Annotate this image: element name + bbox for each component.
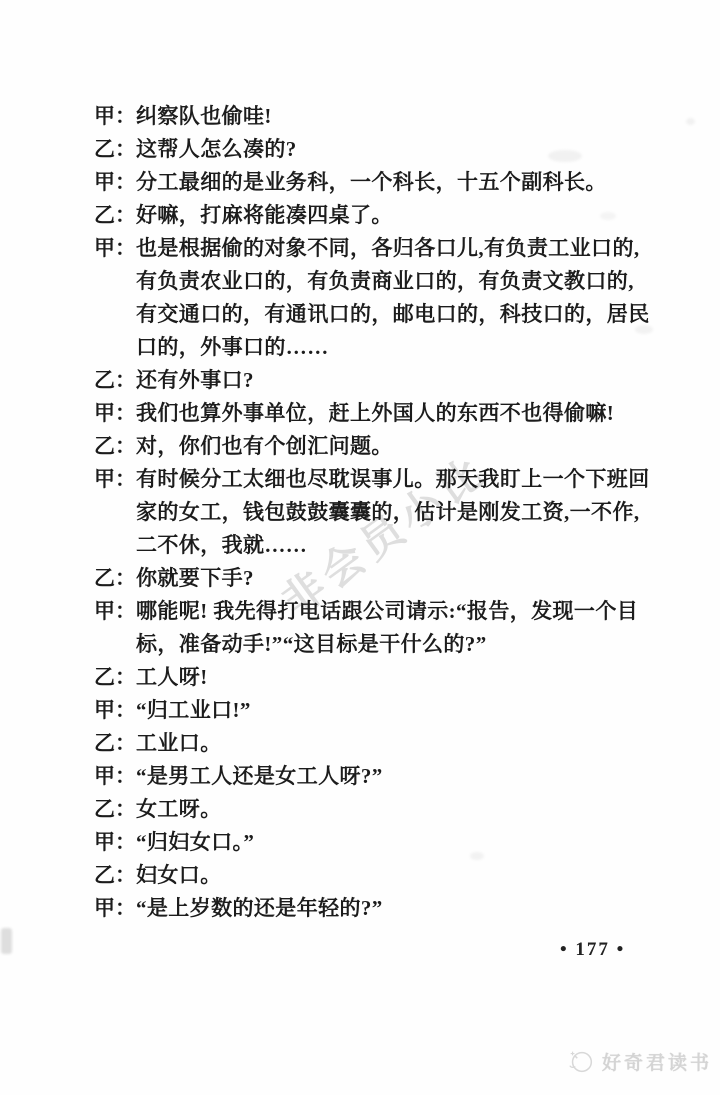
dialogue-line: 有时候分工太细也尽耽误事儿。那天我盯上一个下班回 — [136, 463, 660, 496]
speaker-label: 甲： — [94, 232, 136, 265]
dialogue-text: 工人呀! — [136, 661, 660, 694]
dialogue-turn: 乙： 还有外事口? — [94, 364, 660, 397]
dialogue-text: 纠察队也偷哇! — [136, 100, 660, 133]
footer-watermark: 好奇君读书 — [566, 1046, 712, 1076]
dialogue-turn: 甲： 我们也算外事单位，赶上外国人的东西不也得偷嘛! — [94, 397, 660, 430]
dialogue-turn: 甲： 哪能呢! 我先得打电话跟公司请示:“报告，发现一个目标，准备动手!”“这目… — [94, 595, 660, 661]
scan-noise — [686, 118, 695, 125]
dialogue-line: 你就要下手? — [136, 562, 660, 595]
dialogue-turn: 甲： “是上岁数的还是年轻的?” — [94, 892, 660, 925]
dialogue-turn: 甲： “归妇女口。” — [94, 826, 660, 859]
dialogue-line: “归妇女口。” — [136, 826, 660, 859]
speaker-label: 乙： — [94, 562, 136, 595]
speaker-label: 甲： — [94, 100, 136, 133]
speaker-label: 甲： — [94, 397, 136, 430]
dialogue-text: “是上岁数的还是年轻的?” — [136, 892, 660, 925]
dialogue-text: 我们也算外事单位，赶上外国人的东西不也得偷嘛! — [136, 397, 660, 430]
speaker-label: 乙： — [94, 199, 136, 232]
speaker-label: 甲： — [94, 826, 136, 859]
dialogue-line: 标，准备动手!”“这目标是干什么的?” — [136, 628, 660, 661]
dialogue-line: 还有外事口? — [136, 364, 660, 397]
scan-noise — [1, 928, 12, 954]
dialogue-line: 这帮人怎么凑的? — [136, 133, 660, 166]
dialogue-text: 你就要下手? — [136, 562, 660, 595]
speaker-label: 乙： — [94, 661, 136, 694]
dialogue-line: 好嘛，打麻将能凑四桌了。 — [136, 199, 660, 232]
dialogue-text: “归工业口!” — [136, 694, 660, 727]
dialogue-line: 口的，外事口的…… — [136, 331, 660, 364]
dialogue-text: 对，你们也有个创汇问题。 — [136, 430, 660, 463]
dialogue-text: 工业口。 — [136, 727, 660, 760]
dialogue-text: 好嘛，打麻将能凑四桌了。 — [136, 199, 660, 232]
dialogue-text: 妇女口。 — [136, 859, 660, 892]
speaker-label: 乙： — [94, 793, 136, 826]
dialogue-turn: 乙： 妇女口。 — [94, 859, 660, 892]
dialogue-line: 我们也算外事单位，赶上外国人的东西不也得偷嘛! — [136, 397, 660, 430]
dialogue-turn: 甲： 纠察队也偷哇! — [94, 100, 660, 133]
dialogue-line: 女工呀。 — [136, 793, 660, 826]
dialogue-text: 还有外事口? — [136, 364, 660, 397]
speaker-label: 甲： — [94, 463, 136, 496]
speaker-label: 甲： — [94, 892, 136, 925]
dialogue-turn: 乙： 对，你们也有个创汇问题。 — [94, 430, 660, 463]
speaker-label: 甲： — [94, 760, 136, 793]
dialogue-line: 对，你们也有个创汇问题。 — [136, 430, 660, 463]
cat-logo-icon — [566, 1046, 596, 1076]
speaker-label: 乙： — [94, 430, 136, 463]
dialogue-line: 哪能呢! 我先得打电话跟公司请示:“报告，发现一个目 — [136, 595, 660, 628]
dialogue-line: 妇女口。 — [136, 859, 660, 892]
speaker-label: 乙： — [94, 727, 136, 760]
dialogue-turn: 乙： 工人呀! — [94, 661, 660, 694]
dialogue-text: “归妇女口。” — [136, 826, 660, 859]
dialogue-text: 这帮人怎么凑的? — [136, 133, 660, 166]
dialogue-line: 二不休，我就…… — [136, 529, 660, 562]
dialogue-text: 女工呀。 — [136, 793, 660, 826]
dialogue-turn: 甲： 也是根据偷的对象不同，各归各口儿,有负责工业口的,有负责农业口的，有负责商… — [94, 232, 660, 364]
speaker-label: 甲： — [94, 694, 136, 727]
dialogue-text: 分工最细的是业务科，一个科长，十五个副科长。 — [136, 166, 660, 199]
dialogue-line: 也是根据偷的对象不同，各归各口儿,有负责工业口的, — [136, 232, 660, 265]
speaker-label: 甲： — [94, 595, 136, 628]
dialogue-line: 有负责农业口的，有负责商业口的，有负责文教口的, — [136, 265, 660, 298]
dialogue-line: “归工业口!” — [136, 694, 660, 727]
speaker-label: 乙： — [94, 133, 136, 166]
dialogue-turn: 乙： 好嘛，打麻将能凑四桌了。 — [94, 199, 660, 232]
dialogue-turn: 甲： “归工业口!” — [94, 694, 660, 727]
dialogue-turn: 乙： 这帮人怎么凑的? — [94, 133, 660, 166]
scanned-book-page: 非会员小比 甲： 纠察队也偷哇! 乙： 这帮人怎么凑的? 甲： 分工最细的是业务… — [0, 0, 720, 1095]
speaker-label: 甲： — [94, 166, 136, 199]
page-number: • 177 • — [560, 939, 625, 961]
dialogue-line: 有交通口的，有通讯口的，邮电口的，科技口的，居民 — [136, 298, 660, 331]
dialogue-turn: 乙： 你就要下手? — [94, 562, 660, 595]
dialogue-line: 工业口。 — [136, 727, 660, 760]
dialogue-line: 分工最细的是业务科，一个科长，十五个副科长。 — [136, 166, 660, 199]
dialogue-text: 哪能呢! 我先得打电话跟公司请示:“报告，发现一个目标，准备动手!”“这目标是干… — [136, 595, 660, 661]
dialogue-text: “是男工人还是女工人呀?” — [136, 760, 660, 793]
dialogue-line: “是男工人还是女工人呀?” — [136, 760, 660, 793]
speaker-label: 乙： — [94, 364, 136, 397]
dialogue-line: 工人呀! — [136, 661, 660, 694]
dialogue-line: 家的女工，钱包鼓鼓囊囊的，估计是刚发工资,一不作, — [136, 496, 660, 529]
speaker-label: 乙： — [94, 859, 136, 892]
dialogue-turn: 乙： 工业口。 — [94, 727, 660, 760]
dialogue-turn: 甲： 有时候分工太细也尽耽误事儿。那天我盯上一个下班回家的女工，钱包鼓鼓囊囊的，… — [94, 463, 660, 562]
dialogue-line: 纠察队也偷哇! — [136, 100, 660, 133]
dialogue-turn: 甲： “是男工人还是女工人呀?” — [94, 760, 660, 793]
dialogue: 甲： 纠察队也偷哇! 乙： 这帮人怎么凑的? 甲： 分工最细的是业务科，一个科长… — [94, 100, 660, 925]
dialogue-text: 也是根据偷的对象不同，各归各口儿,有负责工业口的,有负责农业口的，有负责商业口的… — [136, 232, 660, 364]
footer-watermark-text: 好奇君读书 — [602, 1048, 712, 1075]
dialogue-text: 有时候分工太细也尽耽误事儿。那天我盯上一个下班回家的女工，钱包鼓鼓囊囊的，估计是… — [136, 463, 660, 562]
dialogue-turn: 甲： 分工最细的是业务科，一个科长，十五个副科长。 — [94, 166, 660, 199]
dialogue-turn: 乙： 女工呀。 — [94, 793, 660, 826]
dialogue-line: “是上岁数的还是年轻的?” — [136, 892, 660, 925]
